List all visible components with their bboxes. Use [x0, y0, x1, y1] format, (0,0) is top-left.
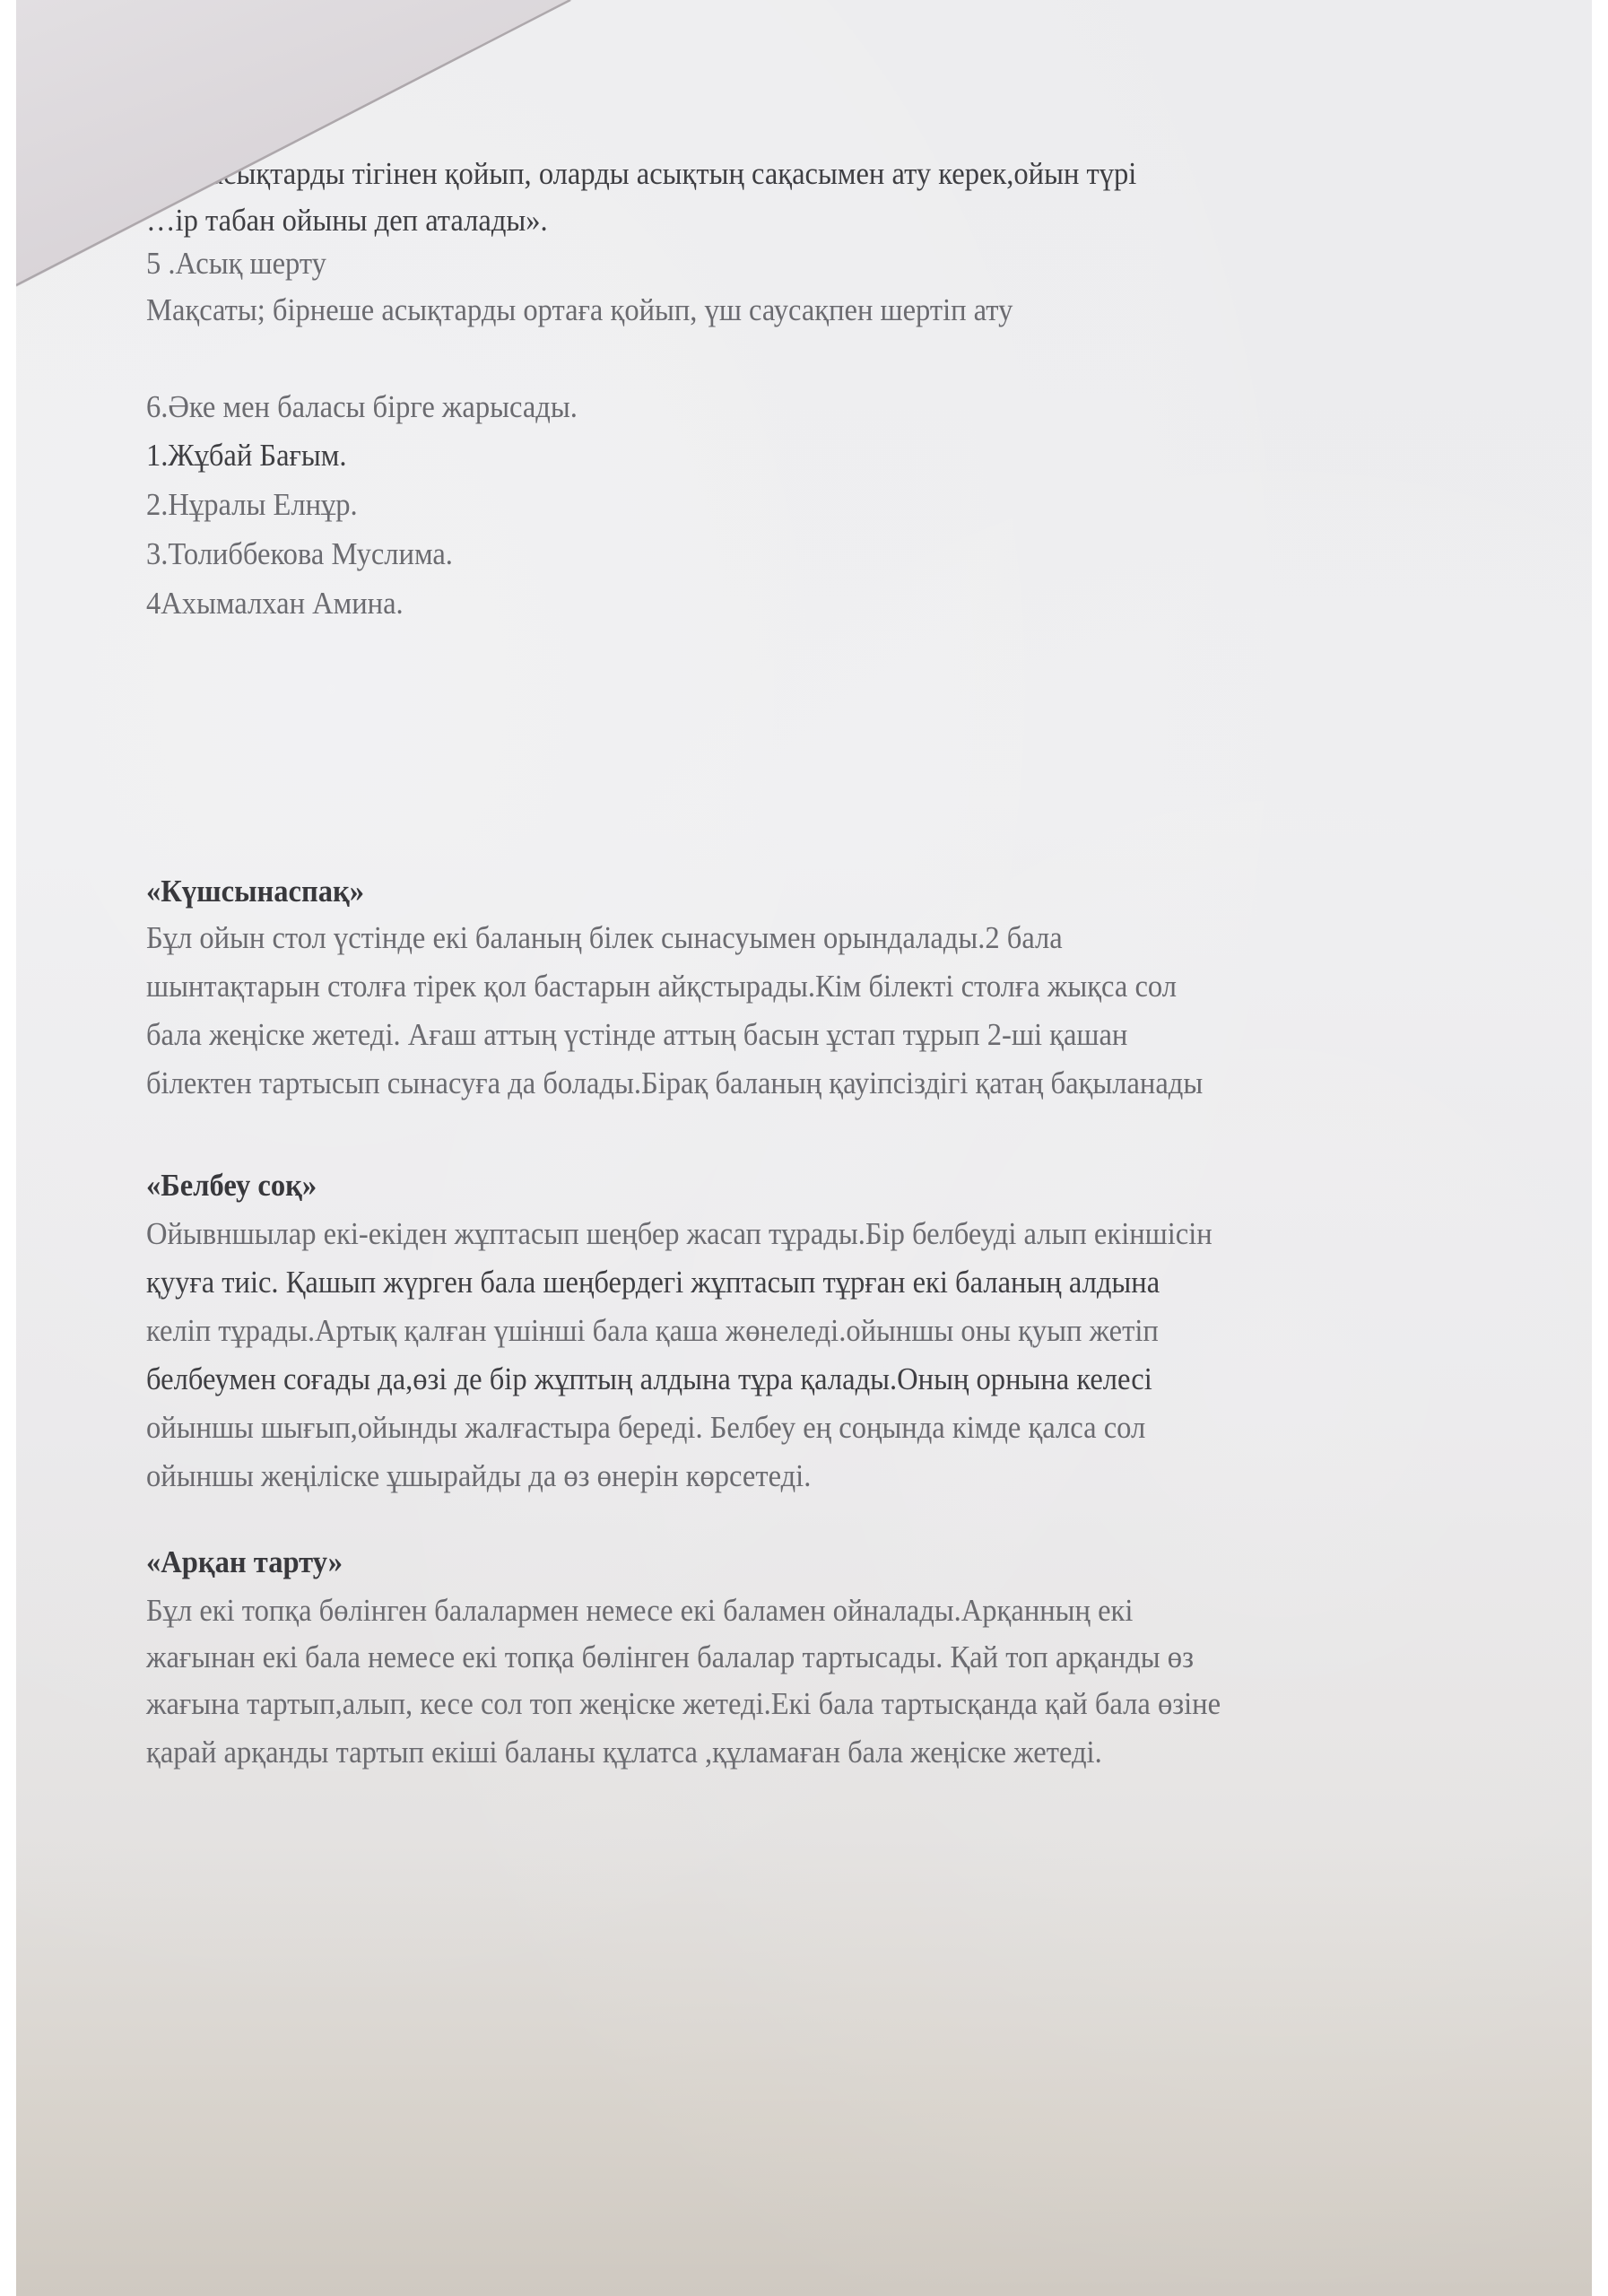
paper-page: …ы; асықтарды тігінен қойып, оларды асық… [16, 0, 1592, 2296]
paragraph-line: бала жеңіске жетеді. Ағаш аттың үстінде … [146, 1012, 1127, 1058]
continued-line: …ы; асықтарды тігінен қойып, оларды асық… [146, 151, 1136, 197]
game5-goal: Мақсаты; бірнеше асықтарды ортаға қойып,… [146, 287, 1013, 334]
section-heading: «Арқан тарту» [146, 1539, 343, 1586]
game5-title: 5 .Асық шерту [146, 240, 326, 287]
paragraph-line: шынтақтарын столға тірек қол бастарын ай… [146, 963, 1177, 1010]
paragraph-line: Ойывншылар екі-екіден жұптасып шеңбер жа… [146, 1211, 1213, 1257]
game6-title: 6.Әке мен баласы бірге жарысады. [146, 384, 578, 430]
paragraph-line: белбеумен соғады да,өзі де бір жұптың ал… [146, 1356, 1152, 1403]
paragraph-line: ойыншы шығып,ойынды жалғастыра береді. Б… [146, 1405, 1145, 1451]
section-heading: «Белбеу соқ» [146, 1162, 317, 1209]
section-heading: «Күшсынаспақ» [146, 868, 364, 915]
paragraph-line: жағынан екі бала немесе екі топқа бөлінг… [146, 1634, 1194, 1681]
paragraph-line: келіп тұрады.Артық қалған үшінші бала қа… [146, 1308, 1159, 1354]
list-item: 2.Нұралы Елнұр. [146, 482, 358, 528]
list-item: 1.Жұбай Бағым. [146, 432, 347, 479]
paragraph-line: қууға тиіс. Қашып жүрген бала шеңбердегі… [146, 1259, 1160, 1306]
paragraph-line: қарай арқанды тартып екіші баланы құлатс… [146, 1729, 1102, 1776]
paragraph-line: білектен тартысып сынасуға да болады.Бір… [146, 1060, 1203, 1107]
paragraph-line: ойыншы жеңіліске ұшырайды да өз өнерін к… [146, 1453, 811, 1500]
list-item: 4Ахымалхан Амина. [146, 580, 404, 627]
list-item: 3.Толиббекова Муслима. [146, 531, 453, 578]
continued-line: …ір табан ойыны деп аталады». [146, 197, 548, 244]
paragraph-line: Бұл екі топқа бөлінген балалармен немесе… [146, 1587, 1133, 1634]
paragraph-line: жағына тартып,алып, кесе сол топ жеңіске… [146, 1681, 1221, 1727]
paragraph-line: Бұл ойын стол үстінде екі баланың білек … [146, 915, 1063, 961]
